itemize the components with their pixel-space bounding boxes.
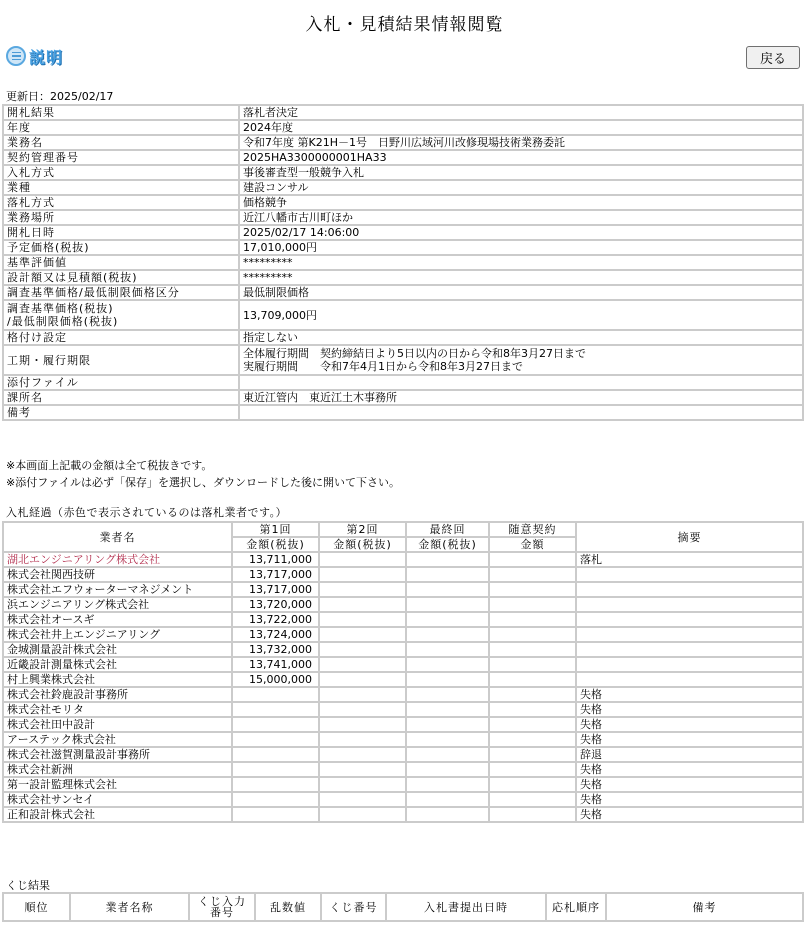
lottery-header-rank: 順位 bbox=[3, 893, 70, 921]
bid-row: 第一設計監理株式会社失格 bbox=[3, 777, 803, 792]
bidder-name: 金城測量設計株式会社 bbox=[3, 642, 232, 657]
summary bbox=[576, 672, 803, 687]
bidder-name: 村上興業株式会社 bbox=[3, 672, 232, 687]
back-button[interactable]: 戻る bbox=[746, 46, 800, 69]
round1-amount: 13,724,000 bbox=[232, 627, 319, 642]
summary bbox=[576, 657, 803, 672]
info-value-text: 指定しない bbox=[243, 331, 799, 344]
info-label-text: 入札方式 bbox=[7, 166, 235, 179]
round2-amount bbox=[319, 687, 406, 702]
info-row: 課所名東近江管内 東近江土木事務所 bbox=[3, 390, 803, 405]
info-label-text: 落札方式 bbox=[7, 196, 235, 209]
negotiated-amount bbox=[489, 567, 576, 582]
info-row: 開札日時2025/02/17 14:06:00 bbox=[3, 225, 803, 240]
final-amount bbox=[406, 582, 489, 597]
round2-amount bbox=[319, 732, 406, 747]
info-row: 契約管理番号2025HA3300000001HA33 bbox=[3, 150, 803, 165]
round1-amount: 13,717,000 bbox=[232, 582, 319, 597]
info-value: 指定しない bbox=[239, 330, 803, 345]
summary bbox=[576, 597, 803, 612]
bidder-name: 株式会社田中設計 bbox=[3, 717, 232, 732]
info-label: 調査基準価格(税抜)/最低制限価格(税抜) bbox=[3, 300, 239, 330]
info-label: 年度 bbox=[3, 120, 239, 135]
lottery-header-name: 業者名称 bbox=[70, 893, 189, 921]
info-value-text: 価格競争 bbox=[243, 196, 799, 209]
header-negotiated-amount: 金額 bbox=[489, 537, 576, 552]
info-value-text: 全体履行期間 契約締結日より5日以内の日から令和8年3月27日まで bbox=[243, 347, 799, 360]
summary: 失格 bbox=[576, 777, 803, 792]
info-label-text: 備考 bbox=[7, 406, 235, 419]
info-value-text: 建設コンサル bbox=[243, 181, 799, 194]
info-label-text: 課所名 bbox=[7, 391, 235, 404]
bidder-name: 株式会社井上エンジニアリング bbox=[3, 627, 232, 642]
info-value: 17,010,000円 bbox=[239, 240, 803, 255]
bid-row: 株式会社関西技研13,717,000 bbox=[3, 567, 803, 582]
info-label-text: 添付ファイル bbox=[7, 376, 235, 389]
info-label-text: 業務名 bbox=[7, 136, 235, 149]
info-label: 基準評価値 bbox=[3, 255, 239, 270]
header-round1: 第1回 bbox=[232, 522, 319, 537]
info-label: 開札結果 bbox=[3, 105, 239, 120]
info-label-text: 開札結果 bbox=[7, 106, 235, 119]
info-value-text: 最低制限価格 bbox=[243, 286, 799, 299]
summary: 失格 bbox=[576, 717, 803, 732]
lottery-header-order: 応札順序 bbox=[546, 893, 606, 921]
bid-row: 浜エンジニアリング株式会社13,720,000 bbox=[3, 597, 803, 612]
bidder-name: 株式会社滋賀測量設計事務所 bbox=[3, 747, 232, 762]
info-label: 開札日時 bbox=[3, 225, 239, 240]
lottery-table: 順位 業者名称 くじ入力番号 乱数値 くじ番号 入札書提出日時 応札順序 備考 bbox=[2, 892, 804, 922]
round2-amount bbox=[319, 777, 406, 792]
negotiated-amount bbox=[489, 747, 576, 762]
info-value bbox=[239, 375, 803, 390]
header-round1-amount: 金額(税抜) bbox=[232, 537, 319, 552]
info-value: 2025HA3300000001HA33 bbox=[239, 150, 803, 165]
info-value: 東近江管内 東近江土木事務所 bbox=[239, 390, 803, 405]
bid-row: 村上興業株式会社15,000,000 bbox=[3, 672, 803, 687]
round2-amount bbox=[319, 567, 406, 582]
bidder-name: 株式会社鈴鹿設計事務所 bbox=[3, 687, 232, 702]
lottery-header-submitted: 入札書提出日時 bbox=[386, 893, 546, 921]
bid-table: 業者名 第1回 第2回 最終回 随意契約 摘要 金額(税抜) 金額(税抜) 金額… bbox=[2, 521, 804, 823]
bid-row: 株式会社滋賀測量設計事務所辞退 bbox=[3, 747, 803, 762]
round2-amount bbox=[319, 792, 406, 807]
info-label: 業務名 bbox=[3, 135, 239, 150]
info-label-text: 調査基準価格(税抜) bbox=[7, 302, 235, 315]
info-label-text: /最低制限価格(税抜) bbox=[7, 315, 235, 328]
info-row: 基準評価値********* bbox=[3, 255, 803, 270]
bid-row: 株式会社エフウォーターマネジメント13,717,000 bbox=[3, 582, 803, 597]
info-label: 備考 bbox=[3, 405, 239, 420]
bid-row: 株式会社新洲失格 bbox=[3, 762, 803, 777]
info-value: 全体履行期間 契約締結日より5日以内の日から令和8年3月27日まで実履行期間 令… bbox=[239, 345, 803, 375]
info-label-text: 開札日時 bbox=[7, 226, 235, 239]
round2-amount bbox=[319, 717, 406, 732]
round1-amount bbox=[232, 687, 319, 702]
info-value: 価格競争 bbox=[239, 195, 803, 210]
final-amount bbox=[406, 672, 489, 687]
bid-row: 近畿設計測量株式会社13,741,000 bbox=[3, 657, 803, 672]
summary bbox=[576, 567, 803, 582]
header-final: 最終回 bbox=[406, 522, 489, 537]
info-value: 落札者決定 bbox=[239, 105, 803, 120]
summary: 落札 bbox=[576, 552, 803, 567]
round2-amount bbox=[319, 747, 406, 762]
summary: 失格 bbox=[576, 762, 803, 777]
bid-row: 金城測量設計株式会社13,732,000 bbox=[3, 642, 803, 657]
final-amount bbox=[406, 597, 489, 612]
info-row: 格付け設定指定しない bbox=[3, 330, 803, 345]
round1-amount: 13,722,000 bbox=[232, 612, 319, 627]
info-value: 最低制限価格 bbox=[239, 285, 803, 300]
info-row: 開札結果落札者決定 bbox=[3, 105, 803, 120]
info-value-text: 事後審査型一般競争入札 bbox=[243, 166, 799, 179]
info-value-text: 13,709,000円 bbox=[243, 309, 799, 322]
round1-amount bbox=[232, 717, 319, 732]
final-amount bbox=[406, 777, 489, 792]
summary bbox=[576, 612, 803, 627]
round1-amount: 15,000,000 bbox=[232, 672, 319, 687]
final-amount bbox=[406, 627, 489, 642]
info-label: 業種 bbox=[3, 180, 239, 195]
bidder-name: 株式会社エフウォーターマネジメント bbox=[3, 582, 232, 597]
bidder-name: 株式会社モリタ bbox=[3, 702, 232, 717]
bid-row: 株式会社サンセイ失格 bbox=[3, 792, 803, 807]
bidder-name: 株式会社サンセイ bbox=[3, 792, 232, 807]
round2-amount bbox=[319, 657, 406, 672]
round2-amount bbox=[319, 582, 406, 597]
info-row: 備考 bbox=[3, 405, 803, 420]
lottery-header-lot-number: くじ番号 bbox=[321, 893, 386, 921]
info-table: 開札結果落札者決定年度2024年度業務名令和7年度 第K21H－1号 日野川広域… bbox=[2, 104, 804, 421]
summary: 失格 bbox=[576, 687, 803, 702]
round1-amount: 13,732,000 bbox=[232, 642, 319, 657]
bidder-name: アーステック株式会社 bbox=[3, 732, 232, 747]
final-amount bbox=[406, 702, 489, 717]
info-label: 入札方式 bbox=[3, 165, 239, 180]
info-row: 年度2024年度 bbox=[3, 120, 803, 135]
round2-amount bbox=[319, 627, 406, 642]
round2-amount bbox=[319, 552, 406, 567]
info-value: 2025/02/17 14:06:00 bbox=[239, 225, 803, 240]
info-value: 2024年度 bbox=[239, 120, 803, 135]
final-amount bbox=[406, 642, 489, 657]
info-row: 業種建設コンサル bbox=[3, 180, 803, 195]
info-value: 近江八幡市古川町ほか bbox=[239, 210, 803, 225]
info-label-text: 基準評価値 bbox=[7, 256, 235, 269]
negotiated-amount bbox=[489, 552, 576, 567]
info-label: 調査基準価格/最低制限価格区分 bbox=[3, 285, 239, 300]
info-value-text: 2024年度 bbox=[243, 121, 799, 134]
round1-amount: 13,741,000 bbox=[232, 657, 319, 672]
bid-row: 株式会社田中設計失格 bbox=[3, 717, 803, 732]
info-value-text: 2025HA3300000001HA33 bbox=[243, 151, 799, 164]
info-row: 予定価格(税抜)17,010,000円 bbox=[3, 240, 803, 255]
info-label-text: 工期・履行期限 bbox=[7, 354, 235, 367]
round1-amount bbox=[232, 702, 319, 717]
info-row: 業務場所近江八幡市古川町ほか bbox=[3, 210, 803, 225]
bidder-name: 湖北エンジニアリング株式会社 bbox=[3, 552, 232, 567]
final-amount bbox=[406, 687, 489, 702]
final-amount bbox=[406, 732, 489, 747]
info-row: 落札方式価格競争 bbox=[3, 195, 803, 210]
bid-row: 株式会社モリタ失格 bbox=[3, 702, 803, 717]
bid-row-winner: 湖北エンジニアリング株式会社13,711,000落札 bbox=[3, 552, 803, 567]
help-link[interactable]: 説明 bbox=[6, 44, 63, 68]
round1-amount bbox=[232, 747, 319, 762]
negotiated-amount bbox=[489, 627, 576, 642]
header-round2: 第2回 bbox=[319, 522, 406, 537]
info-label: 契約管理番号 bbox=[3, 150, 239, 165]
updated-date: 更新日：2025/02/17 bbox=[6, 88, 113, 104]
negotiated-amount bbox=[489, 642, 576, 657]
final-amount bbox=[406, 792, 489, 807]
bidder-name: 株式会社オースギ bbox=[3, 612, 232, 627]
final-amount bbox=[406, 747, 489, 762]
info-label: 設計額又は見積額(税抜) bbox=[3, 270, 239, 285]
info-label-text: 業種 bbox=[7, 181, 235, 194]
info-value-text: 近江八幡市古川町ほか bbox=[243, 211, 799, 224]
info-label-text: 契約管理番号 bbox=[7, 151, 235, 164]
negotiated-amount bbox=[489, 687, 576, 702]
round2-amount bbox=[319, 762, 406, 777]
info-row: 調査基準価格(税抜)/最低制限価格(税抜)13,709,000円 bbox=[3, 300, 803, 330]
bidder-name: 近畿設計測量株式会社 bbox=[3, 657, 232, 672]
round2-amount bbox=[319, 612, 406, 627]
notes: ※本画面上記載の金額は全て税抜きです。 ※添付ファイルは必ず「保存」を選択し、ダ… bbox=[6, 457, 400, 491]
summary: 辞退 bbox=[576, 747, 803, 762]
header-summary: 摘要 bbox=[576, 522, 803, 552]
info-row: 添付ファイル bbox=[3, 375, 803, 390]
negotiated-amount bbox=[489, 807, 576, 822]
summary bbox=[576, 582, 803, 597]
final-amount bbox=[406, 717, 489, 732]
bid-row: 株式会社オースギ13,722,000 bbox=[3, 612, 803, 627]
info-value-text: 令和7年度 第K21H－1号 日野川広域河川改修現場技術業務委託 bbox=[243, 136, 799, 149]
bid-row: 正和設計株式会社失格 bbox=[3, 807, 803, 822]
info-value-text: 実履行期間 令和7年4月1日から令和8年3月27日まで bbox=[243, 360, 799, 373]
summary: 失格 bbox=[576, 702, 803, 717]
info-value-text: ********* bbox=[243, 256, 799, 269]
final-amount bbox=[406, 612, 489, 627]
info-label: 業務場所 bbox=[3, 210, 239, 225]
round1-amount: 13,720,000 bbox=[232, 597, 319, 612]
round1-amount bbox=[232, 762, 319, 777]
round2-amount bbox=[319, 672, 406, 687]
negotiated-amount bbox=[489, 777, 576, 792]
round1-amount bbox=[232, 792, 319, 807]
info-value: 令和7年度 第K21H－1号 日野川広域河川改修現場技術業務委託 bbox=[239, 135, 803, 150]
help-label: 説明 bbox=[29, 45, 63, 68]
info-label-text: 調査基準価格/最低制限価格区分 bbox=[7, 286, 235, 299]
negotiated-amount bbox=[489, 582, 576, 597]
info-value: 事後審査型一般競争入札 bbox=[239, 165, 803, 180]
round1-amount: 13,717,000 bbox=[232, 567, 319, 582]
round1-amount bbox=[232, 807, 319, 822]
info-value: 建設コンサル bbox=[239, 180, 803, 195]
header-round2-amount: 金額(税抜) bbox=[319, 537, 406, 552]
round2-amount bbox=[319, 807, 406, 822]
round1-amount bbox=[232, 777, 319, 792]
document-icon bbox=[6, 46, 26, 66]
info-label-text: 格付け設定 bbox=[7, 331, 235, 344]
bid-row: アーステック株式会社失格 bbox=[3, 732, 803, 747]
lottery-header-remarks: 備考 bbox=[606, 893, 803, 921]
bidder-name: 株式会社新洲 bbox=[3, 762, 232, 777]
info-label: 工期・履行期限 bbox=[3, 345, 239, 375]
info-row: 業務名令和7年度 第K21H－1号 日野川広域河川改修現場技術業務委託 bbox=[3, 135, 803, 150]
info-row: 調査基準価格/最低制限価格区分最低制限価格 bbox=[3, 285, 803, 300]
final-amount bbox=[406, 657, 489, 672]
info-row: 設計額又は見積額(税抜)********* bbox=[3, 270, 803, 285]
bidder-name: 第一設計監理株式会社 bbox=[3, 777, 232, 792]
header-name: 業者名 bbox=[3, 522, 232, 552]
info-label: 添付ファイル bbox=[3, 375, 239, 390]
info-label-text: 業務場所 bbox=[7, 211, 235, 224]
bidder-name: 株式会社関西技研 bbox=[3, 567, 232, 582]
header-final-amount: 金額(税抜) bbox=[406, 537, 489, 552]
lottery-header-random: 乱数値 bbox=[255, 893, 321, 921]
summary bbox=[576, 627, 803, 642]
negotiated-amount bbox=[489, 612, 576, 627]
info-value bbox=[239, 405, 803, 420]
info-label: 課所名 bbox=[3, 390, 239, 405]
info-value: 13,709,000円 bbox=[239, 300, 803, 330]
negotiated-amount bbox=[489, 792, 576, 807]
info-label: 落札方式 bbox=[3, 195, 239, 210]
info-value-text: 東近江管内 東近江土木事務所 bbox=[243, 391, 799, 404]
negotiated-amount bbox=[489, 672, 576, 687]
final-amount bbox=[406, 762, 489, 777]
info-value: ********* bbox=[239, 270, 803, 285]
round1-amount bbox=[232, 732, 319, 747]
page-title: 入札・見積結果情報閲覧 bbox=[0, 10, 809, 35]
bid-caption: 入札経過（赤色で表示されているのは落札業者です。） bbox=[6, 504, 287, 520]
final-amount bbox=[406, 807, 489, 822]
negotiated-amount bbox=[489, 762, 576, 777]
note-attachment: ※添付ファイルは必ず「保存」を選択し、ダウンロードした後に開いて下さい。 bbox=[6, 474, 400, 491]
bidder-name: 浜エンジニアリング株式会社 bbox=[3, 597, 232, 612]
final-amount bbox=[406, 567, 489, 582]
negotiated-amount bbox=[489, 702, 576, 717]
info-value: ********* bbox=[239, 255, 803, 270]
info-value-text: 2025/02/17 14:06:00 bbox=[243, 226, 799, 239]
info-label-text: 年度 bbox=[7, 121, 235, 134]
negotiated-amount bbox=[489, 597, 576, 612]
bid-row: 株式会社井上エンジニアリング13,724,000 bbox=[3, 627, 803, 642]
bid-row: 株式会社鈴鹿設計事務所失格 bbox=[3, 687, 803, 702]
summary bbox=[576, 642, 803, 657]
info-row: 工期・履行期限全体履行期間 契約締結日より5日以内の日から令和8年3月27日まで… bbox=[3, 345, 803, 375]
summary: 失格 bbox=[576, 807, 803, 822]
negotiated-amount bbox=[489, 732, 576, 747]
round2-amount bbox=[319, 702, 406, 717]
info-value-text: 17,010,000円 bbox=[243, 241, 799, 254]
lottery-caption: くじ結果 bbox=[6, 877, 50, 893]
bidder-name: 正和設計株式会社 bbox=[3, 807, 232, 822]
round2-amount bbox=[319, 597, 406, 612]
info-row: 入札方式事後審査型一般競争入札 bbox=[3, 165, 803, 180]
info-value-text: ********* bbox=[243, 271, 799, 284]
header-negotiated: 随意契約 bbox=[489, 522, 576, 537]
lottery-header-input-number: くじ入力番号 bbox=[189, 893, 255, 921]
info-label-text: 設計額又は見積額(税抜) bbox=[7, 271, 235, 284]
summary: 失格 bbox=[576, 732, 803, 747]
round2-amount bbox=[319, 642, 406, 657]
info-label: 格付け設定 bbox=[3, 330, 239, 345]
note-tax: ※本画面上記載の金額は全て税抜きです。 bbox=[6, 457, 400, 474]
round1-amount: 13,711,000 bbox=[232, 552, 319, 567]
negotiated-amount bbox=[489, 717, 576, 732]
info-label-text: 予定価格(税抜) bbox=[7, 241, 235, 254]
final-amount bbox=[406, 552, 489, 567]
info-value-text: 落札者決定 bbox=[243, 106, 799, 119]
info-label: 予定価格(税抜) bbox=[3, 240, 239, 255]
summary: 失格 bbox=[576, 792, 803, 807]
negotiated-amount bbox=[489, 657, 576, 672]
